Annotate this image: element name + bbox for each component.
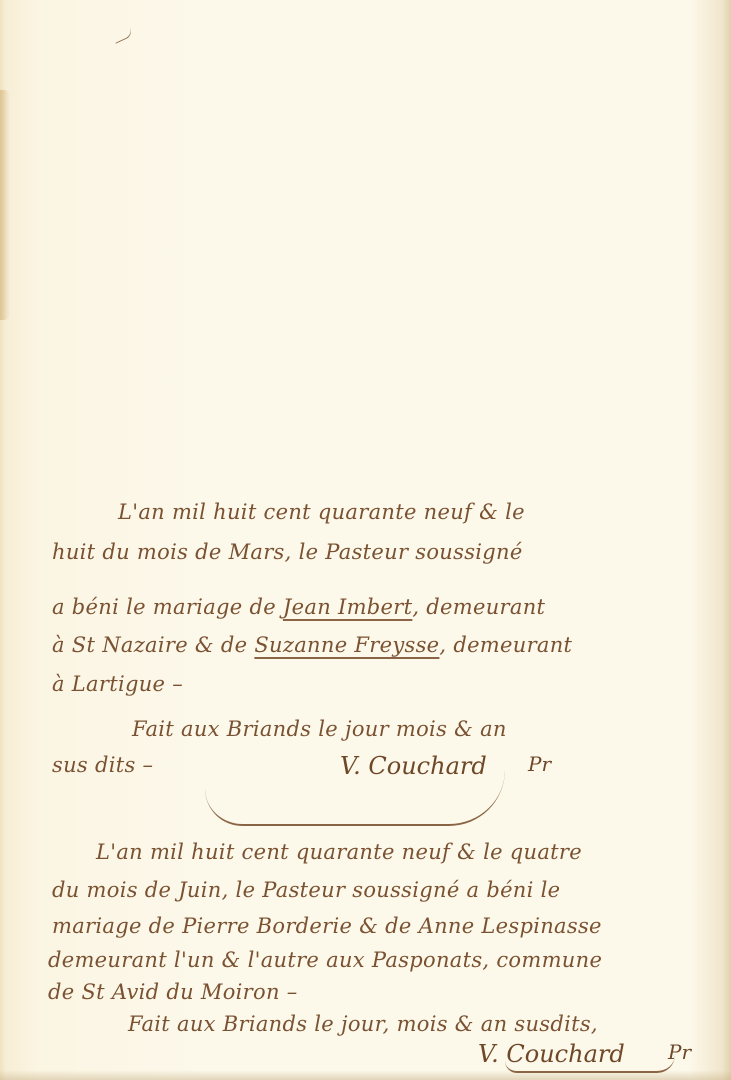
entry-1-text: , demeurant	[439, 633, 572, 657]
bride-name: Suzanne Freysse	[254, 633, 439, 657]
entry-1-line-7: sus dits –	[52, 753, 153, 777]
entry-1-line-4: à St Nazaire & de Suzanne Freysse, demeu…	[52, 633, 572, 657]
signature-title: Pr	[528, 752, 551, 776]
entry-2-line-1: L'an mil huit cent quarante neuf & le qu…	[96, 840, 582, 864]
signature-flourish	[205, 770, 505, 826]
entry-1-text: a béni le mariage de	[52, 595, 276, 619]
entry-1-line-5: à Lartigue –	[52, 672, 183, 696]
entry-1-line-3: a béni le mariage de Jean Imbert, demeur…	[52, 595, 545, 619]
entry-1-text: , demeurant	[412, 595, 545, 619]
entry-2-line-6: Fait aux Briands le jour, mois & an susd…	[128, 1012, 598, 1036]
signature-flourish	[505, 1055, 675, 1073]
entry-2-line-4: demeurant l'un & l'autre aux Pasponats, …	[48, 948, 602, 972]
entry-2-line-5: de St Avid du Moiron –	[48, 980, 298, 1004]
entry-1-line-6: Fait aux Briands le jour mois & an	[132, 717, 507, 741]
entry-2-line-2: du mois de Juin, le Pasteur soussigné a …	[52, 878, 560, 902]
groom-name: Jean Imbert	[283, 595, 412, 619]
paper-stain	[0, 90, 10, 320]
pen-mark	[112, 27, 134, 44]
manuscript-page: L'an mil huit cent quarante neuf & le hu…	[0, 0, 731, 1080]
entry-1-line-2: huit du mois de Mars, le Pasteur soussig…	[52, 540, 523, 564]
entry-1-text: à St Nazaire & de	[52, 633, 247, 657]
entry-1-line-1: L'an mil huit cent quarante neuf & le	[118, 500, 525, 524]
entry-2-line-3: mariage de Pierre Borderie & de Anne Les…	[52, 914, 602, 938]
